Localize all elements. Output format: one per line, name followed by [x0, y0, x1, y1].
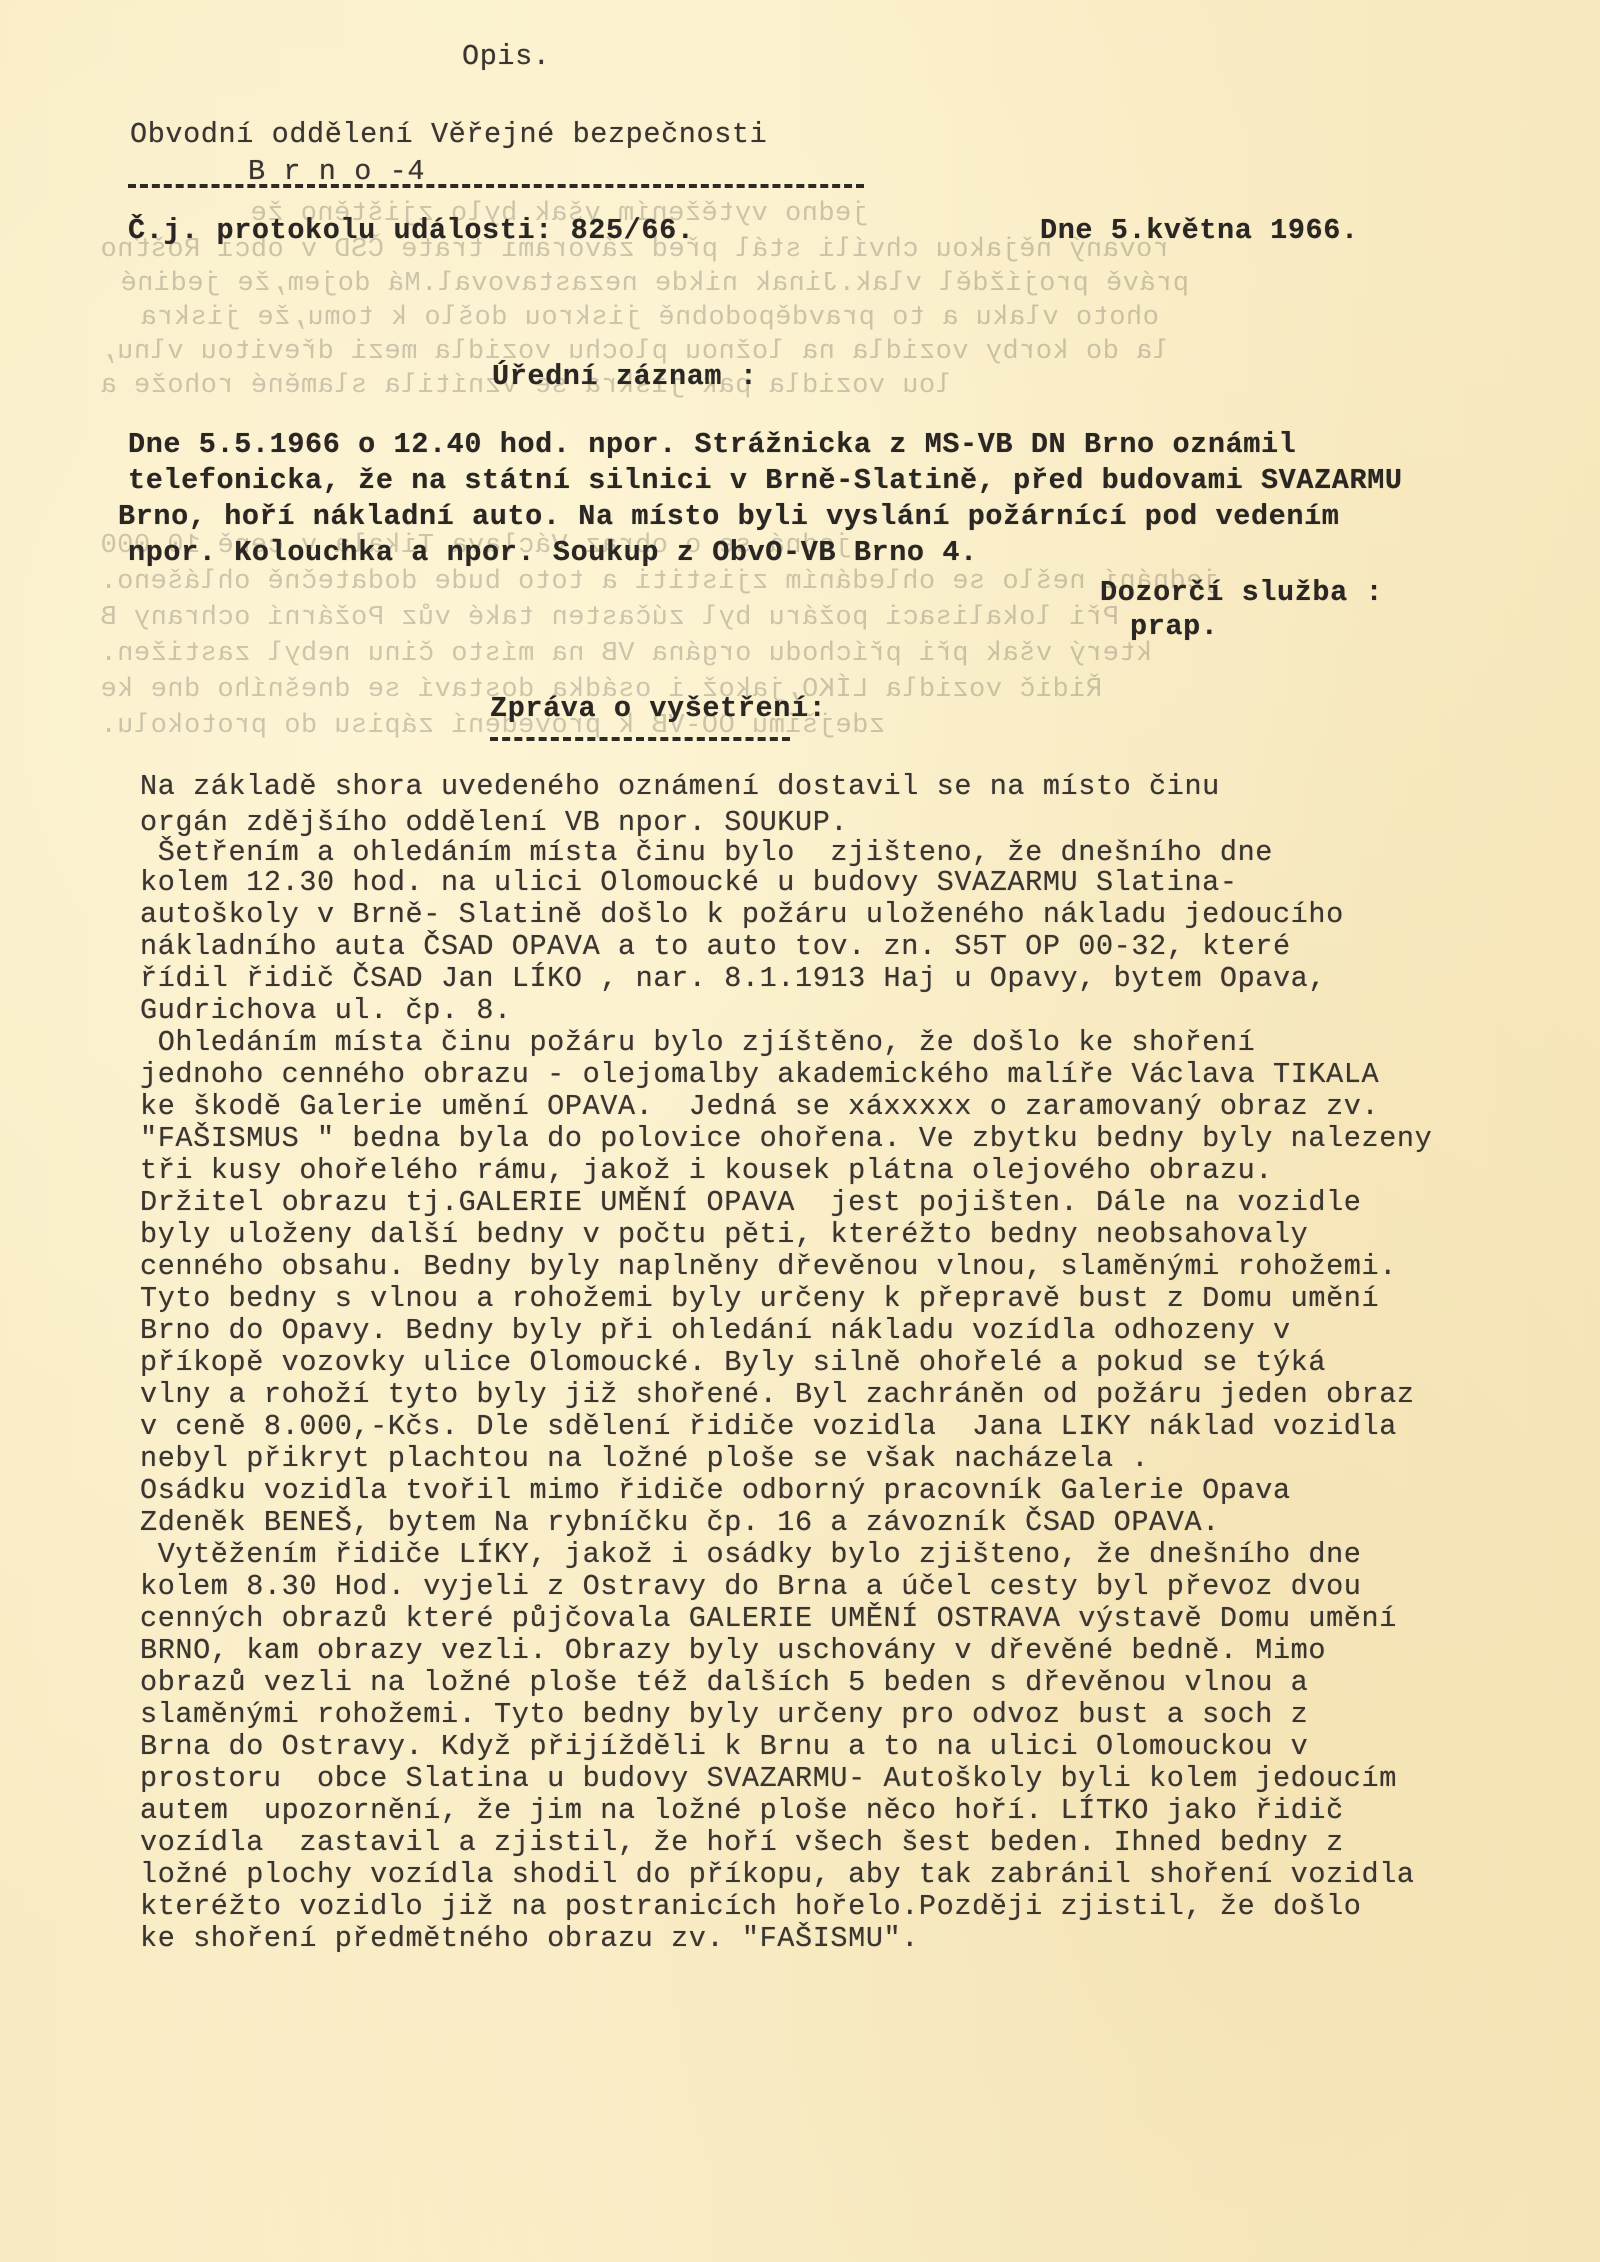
- report-line: autem upozornění, že jim na ložné ploše …: [140, 1794, 1344, 1827]
- report-line: příkopě vozovky ulice Olomoucké. Byly si…: [140, 1346, 1326, 1379]
- report-line: cenných obrazů které půjčovala GALERIE U…: [140, 1602, 1397, 1635]
- report-line: Zdeněk BENEŠ, bytem Na rybníčku čp. 16 a…: [140, 1506, 1220, 1539]
- office-name: Obvodní oddělení Věřejné bezpečnosti: [130, 118, 767, 151]
- official-record-line: Brno, hoří nákladní auto. Na místo byli …: [118, 500, 1340, 533]
- report-line: řídil řidič ČSAD Jan LÍKO , nar. 8.1.191…: [140, 962, 1326, 995]
- report-line: slaměnými rohožemi. Tyto bedny byly urče…: [140, 1698, 1308, 1731]
- document-date: Dne 5.května 1966.: [1040, 214, 1359, 247]
- report-line: obrazů vezli na ložné ploše též dalších …: [140, 1666, 1308, 1699]
- bleed-through-line: jednání nešlo se ohledáním zjistiti a to…: [100, 564, 1219, 600]
- report-line: Gudrichova ul. čp. 8.: [140, 994, 512, 1027]
- report-line: vlny a rohoží tyto byly již shořené. Byl…: [140, 1378, 1415, 1411]
- report-line: Vytěžením řidiče LÍKY, jakož i osádky by…: [140, 1538, 1362, 1571]
- report-line: ložné plochy vozídla shodil do příkopu, …: [140, 1858, 1415, 1891]
- official-record-heading: Úřední záznam :: [492, 360, 758, 393]
- official-record-line: telefonicka, že na státní silnici v Brně…: [128, 464, 1403, 497]
- report-line: jednoho cenného obrazu - olejomalby akad…: [140, 1058, 1379, 1091]
- report-line: Ohledáním místa činu požáru bylo zjíštěn…: [140, 1026, 1255, 1059]
- report-line: Tyto bedny s vlnou a rohožemi byly určen…: [140, 1282, 1379, 1315]
- bleed-through-line: ohoto vlaku a to pravděpodobně jiskrou d…: [140, 300, 1159, 336]
- report-line: cenného obsahu. Bedny byly naplněny dřev…: [140, 1250, 1397, 1283]
- signature-rank: prap.: [1130, 610, 1219, 643]
- report-line: nákladního auta ČSAD OPAVA a to auto tov…: [140, 930, 1291, 963]
- report-line: prostoru obce Slatina u budovy SVAZARMU-…: [140, 1762, 1397, 1795]
- report-line: kolem 8.30 Hod. vyjeli z Ostravy do Brna…: [140, 1570, 1362, 1603]
- protocol-number: Č.j. protokolu události: 825/66.: [128, 214, 695, 247]
- report-line: kteréžto vozidlo již na postranicích hoř…: [140, 1890, 1362, 1923]
- report-line: vozídla zastavil a zjistil, že hoří všec…: [140, 1826, 1344, 1859]
- report-line: Šetřením a ohledáním místa činu bylo zji…: [140, 836, 1273, 869]
- report-line: ke shoření předmětného obrazu zv. "FAŠIS…: [140, 1922, 919, 1955]
- signature-title: Dozorčí služba :: [1100, 576, 1383, 609]
- report-line: v ceně 8.000,-Kčs. Dle sdělení řidiče vo…: [140, 1410, 1397, 1443]
- official-record-line: Dne 5.5.1966 o 12.40 hod. npor. Strážnic…: [128, 428, 1296, 461]
- report-line: byly uloženy další bedny v počtu pěti, k…: [140, 1218, 1308, 1251]
- report-line: Osádku vozidla tvořil mimo řidiče odborn…: [140, 1474, 1291, 1507]
- investigation-report-heading: Zpráva o vyšetření:: [490, 692, 826, 725]
- report-line: "FAŠISMUS " bedna byla do polovice ohoře…: [140, 1122, 1432, 1155]
- bleed-through-line: právě projížděl vlak.Jinak nikde nezasta…: [120, 266, 1189, 302]
- bleed-through-line: který však při příchodu orgána VB na mís…: [100, 636, 1152, 672]
- report-line: nebyl přikryt plachtou na ložné ploše se…: [140, 1442, 1149, 1475]
- report-line: Brna do Ostravy. Když přijížděli k Brnu …: [140, 1730, 1308, 1763]
- report-line: Brno do Opavy. Bedny byly při ohledání n…: [140, 1314, 1291, 1347]
- report-line: kolem 12.30 hod. na ulici Olomoucké u bu…: [140, 866, 1238, 899]
- report-line: tři kusy ohořelého rámu, jakož i kousek …: [140, 1154, 1273, 1187]
- report-line: autoškoly v Brně- Slatině došlo k požáru…: [140, 898, 1344, 931]
- document-label: Opis.: [462, 40, 551, 73]
- report-line: ke škodě Galerie umění OPAVA. Jedná se x…: [140, 1090, 1379, 1123]
- official-record-line: npor. Kolouchka a npor. Soukup z ObvO-VB…: [128, 536, 978, 569]
- bleed-through-line: Při lokalisaci požáru byl zúčasten také …: [100, 600, 1119, 636]
- office-underline: [128, 184, 864, 188]
- report-line: orgán zdějšího oddělení VB npor. SOUKUP.: [140, 806, 848, 839]
- investigation-report-underline: [490, 737, 790, 741]
- report-line: Držitel obrazu tj.GALERIE UMĚNÍ OPAVA je…: [140, 1186, 1362, 1219]
- report-line: BRNO, kam obrazy vezli. Obrazy byly usch…: [140, 1634, 1326, 1667]
- report-line: Na základě shora uvedeného oznámení dost…: [140, 770, 1220, 803]
